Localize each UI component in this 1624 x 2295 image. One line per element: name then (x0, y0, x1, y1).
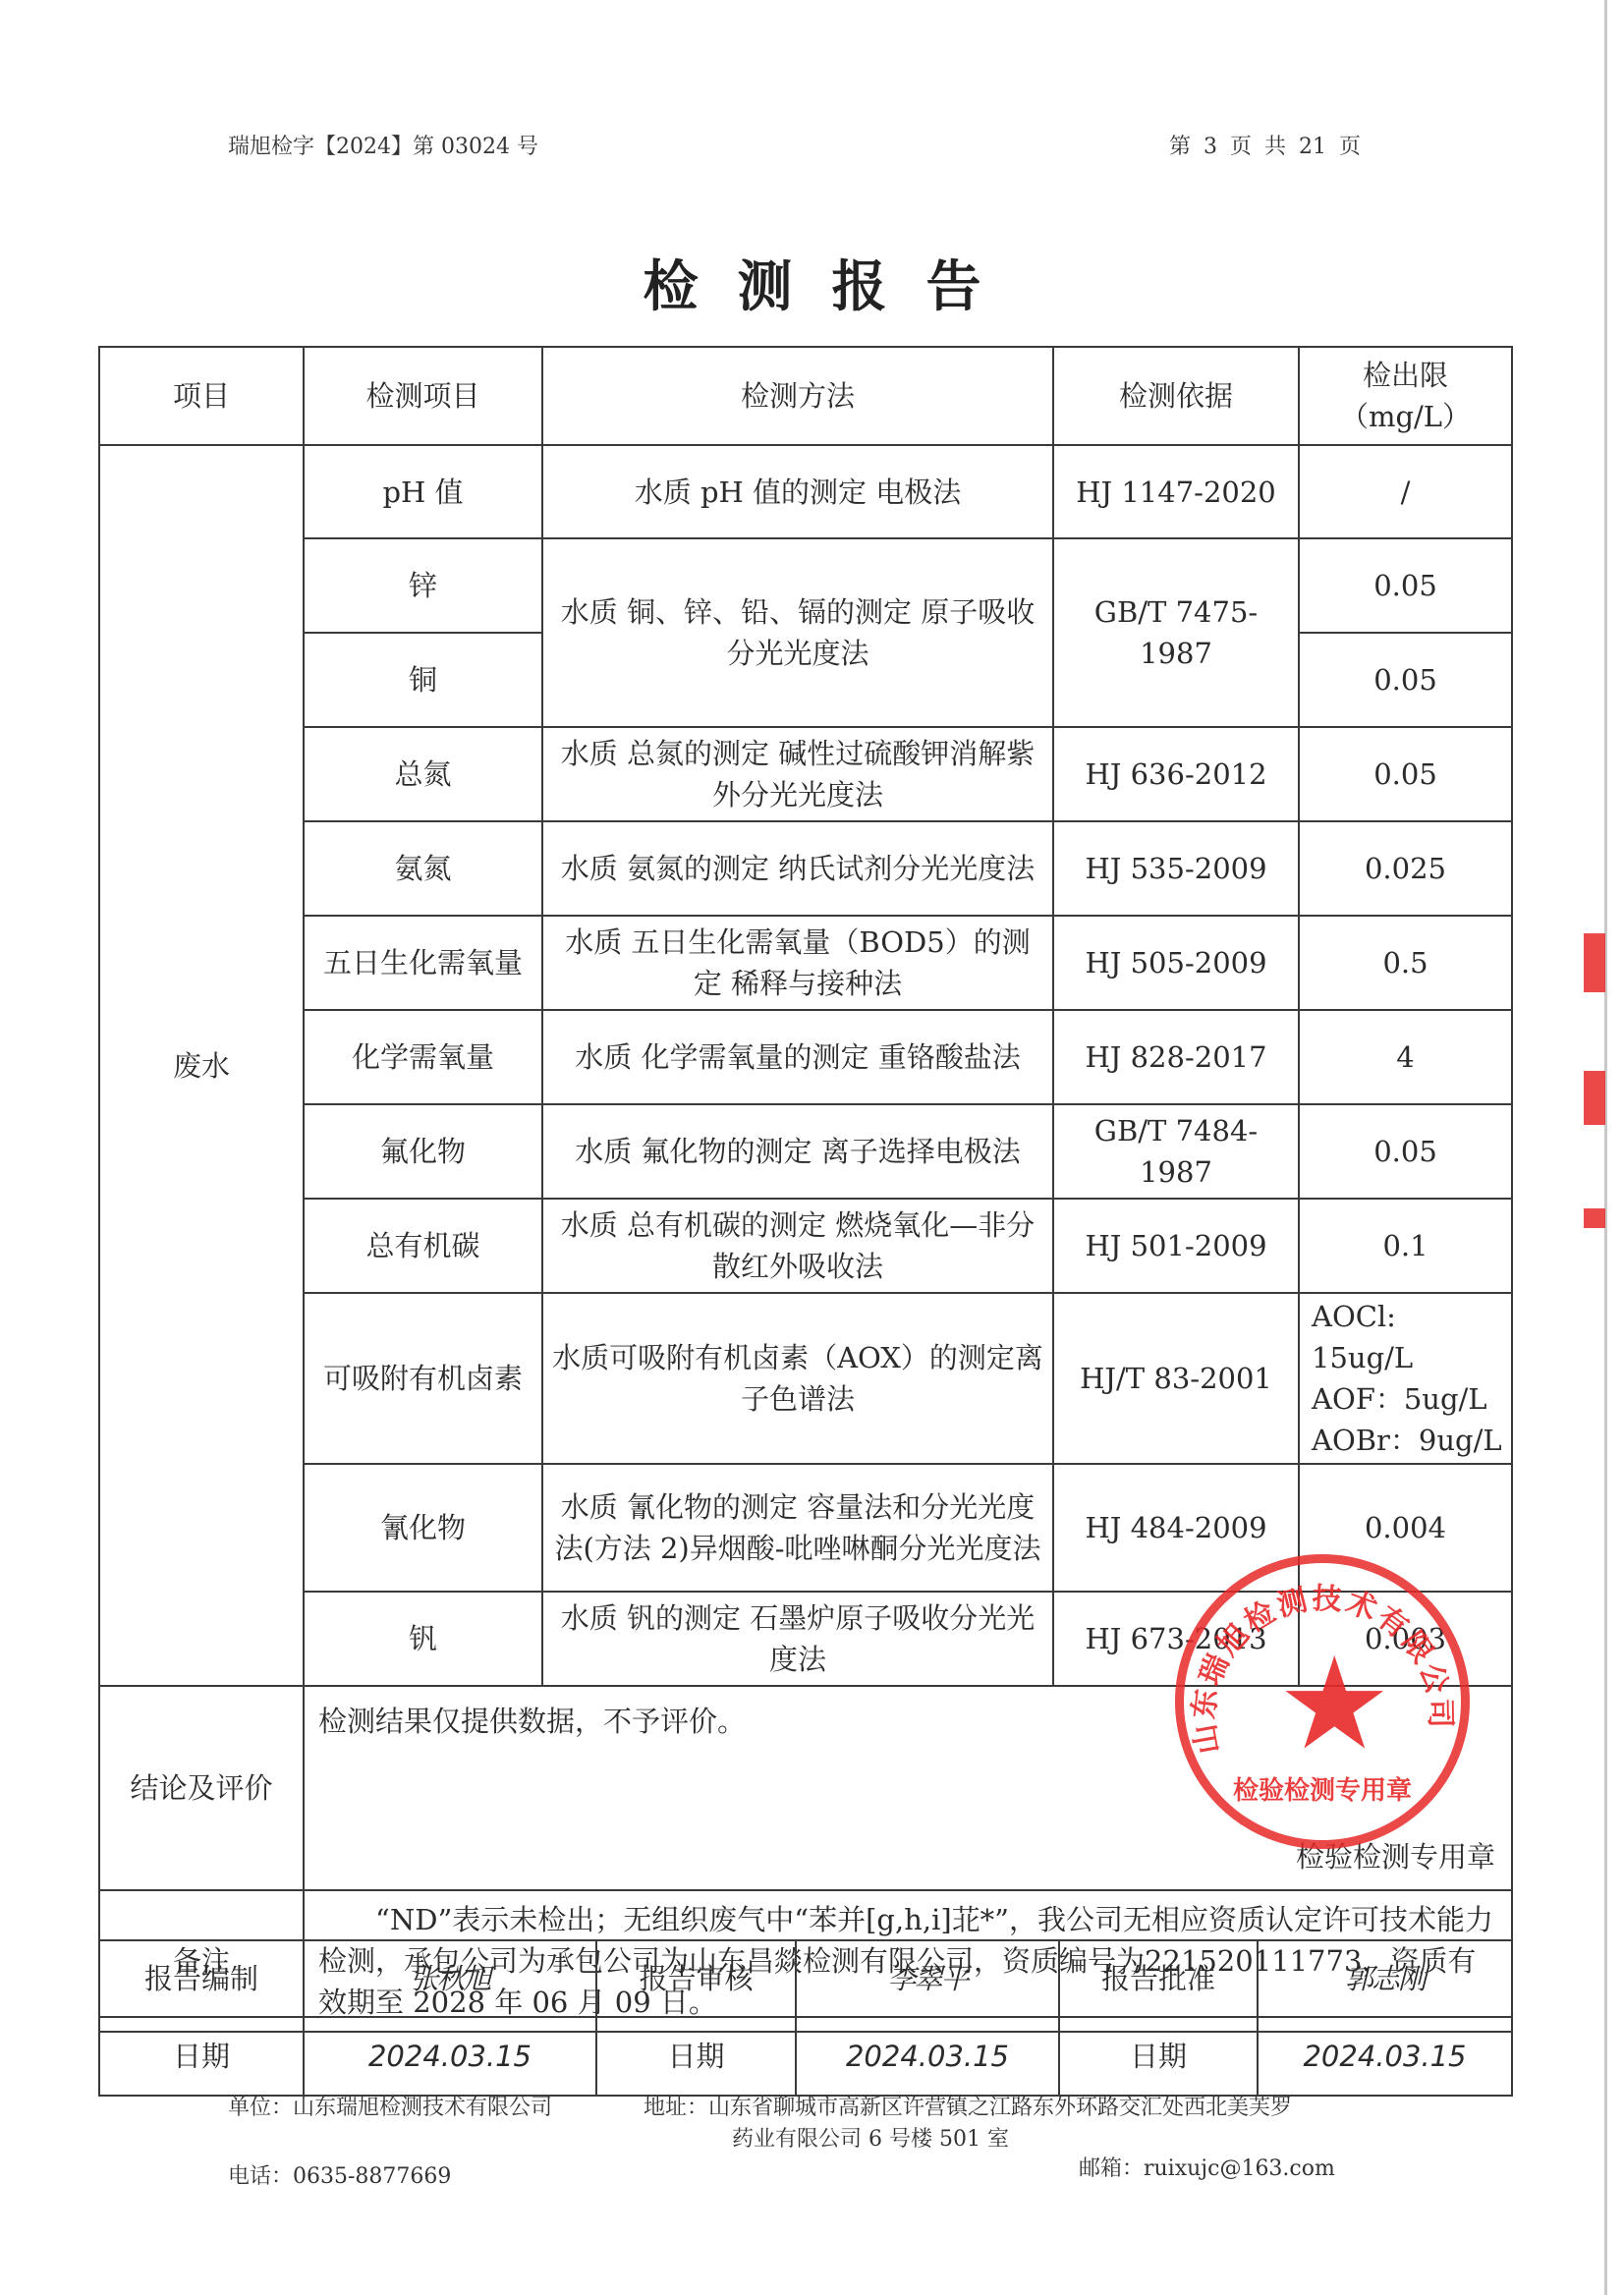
method-cell: 水质 总有机碳的测定 燃烧氧化—非分散红外吸收法 (542, 1199, 1053, 1293)
table-row: 氨氮 水质 氨氮的测定 纳氏试剂分光光度法 HJ 535-2009 0.025 (99, 821, 1512, 916)
method-cell: 水质 钒的测定 石墨炉原子吸收分光光度法 (542, 1592, 1053, 1686)
item-cell: pH 值 (304, 445, 542, 538)
item-cell: 氰化物 (304, 1464, 542, 1592)
approved-signature: 郭志刚 (1258, 1940, 1512, 2017)
limit-aocl: AOCl: 15ug/L (1312, 1296, 1503, 1378)
method-cell: 水质 氰化物的测定 容量法和分光光度法(方法 2)异烟酸-吡唑啉酮分光光度法 (542, 1464, 1053, 1592)
limit-cell: 4 (1299, 1010, 1512, 1104)
reviewed-signature: 李翠平 (796, 1940, 1059, 2017)
page-edge (1604, 0, 1607, 2295)
table-row: 氰化物 水质 氰化物的测定 容量法和分光光度法(方法 2)异烟酸-吡唑啉酮分光光… (99, 1464, 1512, 1592)
item-cell: 总有机碳 (304, 1199, 542, 1293)
item-cell: 钒 (304, 1592, 542, 1686)
method-cell: 水质 铜、锌、铅、镉的测定 原子吸收分光光度法 (542, 538, 1053, 727)
header-category: 项目 (99, 347, 304, 445)
edge-seal-fragment (1584, 933, 1605, 992)
standard-cell: HJ 484-2009 (1053, 1464, 1299, 1592)
footer-unit: 单位：山东瑞旭检测技术有限公司 (228, 2091, 552, 2121)
item-cell: 可吸附有机卤素 (304, 1293, 542, 1464)
limit-cell: 0.5 (1299, 916, 1512, 1010)
approved-date: 2024.03.15 (1258, 2017, 1512, 2096)
table-row: 锌 水质 铜、锌、铅、镉的测定 原子吸收分光光度法 GB/T 7475-1987… (99, 538, 1512, 633)
header-limit-line2: （mg/L） (1308, 396, 1503, 437)
reviewed-label: 报告审核 (596, 1940, 796, 2017)
footer-phone: 电话：0635-8877669 (228, 2159, 451, 2190)
standard-cell: HJ 1147-2020 (1053, 445, 1299, 538)
table-header-row: 项目 检测项目 检测方法 检测依据 检出限 （mg/L） (99, 347, 1512, 445)
item-cell: 氨氮 (304, 821, 542, 916)
table-row: 总氮 水质 总氮的测定 碱性过硫酸钾消解紫外分光光度法 HJ 636-2012 … (99, 727, 1512, 821)
table-row: 五日生化需氧量 水质 五日生化需氧量（BOD5）的测定 稀释与接种法 HJ 50… (99, 916, 1512, 1010)
approved-date-label: 日期 (1059, 2017, 1258, 2096)
standard-cell: GB/T 7484-1987 (1053, 1104, 1299, 1199)
limit-cell: 0.004 (1299, 1464, 1512, 1592)
reviewed-date: 2024.03.15 (796, 2017, 1059, 2096)
conclusion-cell: 检测结果仅提供数据，不予评价。 检验检测专用章 (304, 1686, 1512, 1890)
limit-cell: 0.025 (1299, 821, 1512, 916)
method-cell: 水质 化学需氧量的测定 重铬酸盐法 (542, 1010, 1053, 1104)
conclusion-label: 结论及评价 (99, 1686, 304, 1890)
limit-cell: 0.05 (1299, 538, 1512, 633)
table-row: 化学需氧量 水质 化学需氧量的测定 重铬酸盐法 HJ 828-2017 4 (99, 1010, 1512, 1104)
header-test-item: 检测项目 (304, 347, 542, 445)
limit-cell: 0.1 (1299, 1199, 1512, 1293)
page-info: 第 3 页 共 21 页 (1169, 130, 1361, 160)
limit-cell: 0.003 (1299, 1592, 1512, 1686)
item-cell: 化学需氧量 (304, 1010, 542, 1104)
standard-cell: HJ 828-2017 (1053, 1010, 1299, 1104)
header-limit: 检出限 （mg/L） (1299, 347, 1512, 445)
prepared-signature: 张秋旭 (304, 1940, 596, 2017)
edge-seal-fragment (1584, 1071, 1605, 1125)
approved-label: 报告批准 (1059, 1940, 1258, 2017)
header-method: 检测方法 (542, 347, 1053, 445)
report-table: 项目 检测项目 检测方法 检测依据 检出限 （mg/L） 废水 pH 值 水质 … (98, 346, 1513, 2033)
limit-aobr: AOBr：9ug/L (1312, 1420, 1503, 1461)
limit-cell: 0.05 (1299, 633, 1512, 727)
prepared-label: 报告编制 (99, 1940, 304, 2017)
report-title: 检测报告 (0, 244, 1624, 322)
standard-cell: HJ 535-2009 (1053, 821, 1299, 916)
standard-cell: GB/T 7475-1987 (1053, 538, 1299, 727)
header-standard: 检测依据 (1053, 347, 1299, 445)
standard-cell: HJ 505-2009 (1053, 916, 1299, 1010)
item-cell: 锌 (304, 538, 542, 633)
footer-address-line1: 地址：山东省聊城市高新区许营镇之江路东外环路交汇处西北美芙罗 (644, 2091, 1292, 2121)
standard-cell: HJ 636-2012 (1053, 727, 1299, 821)
table-row: 钒 水质 钒的测定 石墨炉原子吸收分光光度法 HJ 673-2013 0.003 (99, 1592, 1512, 1686)
limit-cell: 0.05 (1299, 727, 1512, 821)
table-row: 可吸附有机卤素 水质可吸附有机卤素（AOX）的测定离子色谱法 HJ/T 83-2… (99, 1293, 1512, 1464)
table-row: 氟化物 水质 氟化物的测定 离子选择电极法 GB/T 7484-1987 0.0… (99, 1104, 1512, 1199)
method-cell: 水质 pH 值的测定 电极法 (542, 445, 1053, 538)
seal-label: 检验检测专用章 (1296, 1836, 1495, 1877)
conclusion-text: 检测结果仅提供数据，不予评价。 (318, 1705, 746, 1738)
signature-table: 报告编制 张秋旭 报告审核 李翠平 报告批准 郭志刚 日期 2024.03.15… (98, 1939, 1513, 2097)
table-row: 总有机碳 水质 总有机碳的测定 燃烧氧化—非分散红外吸收法 HJ 501-200… (99, 1199, 1512, 1293)
item-cell: 铜 (304, 633, 542, 727)
signature-row: 报告编制 张秋旭 报告审核 李翠平 报告批准 郭志刚 (99, 1940, 1512, 2017)
method-cell: 水质 总氮的测定 碱性过硫酸钾消解紫外分光光度法 (542, 727, 1053, 821)
limit-cell: / (1299, 445, 1512, 538)
category-cell: 废水 (99, 445, 304, 1686)
report-number: 瑞旭检字【2024】第 03024 号 (228, 130, 538, 160)
header-limit-line1: 检出限 (1308, 355, 1503, 396)
table-row: 废水 pH 值 水质 pH 值的测定 电极法 HJ 1147-2020 / (99, 445, 1512, 538)
prepared-date: 2024.03.15 (304, 2017, 596, 2096)
method-cell: 水质 氟化物的测定 离子选择电极法 (542, 1104, 1053, 1199)
method-cell: 水质 五日生化需氧量（BOD5）的测定 稀释与接种法 (542, 916, 1053, 1010)
standard-cell: HJ/T 83-2001 (1053, 1293, 1299, 1464)
method-cell: 水质 氨氮的测定 纳氏试剂分光光度法 (542, 821, 1053, 916)
conclusion-row: 结论及评价 检测结果仅提供数据，不予评价。 检验检测专用章 (99, 1686, 1512, 1890)
limit-cell: 0.05 (1299, 1104, 1512, 1199)
limit-aof: AOF：5ug/L (1312, 1378, 1503, 1420)
edge-seal-fragment (1584, 1208, 1605, 1228)
reviewed-date-label: 日期 (596, 2017, 796, 2096)
item-cell: 总氮 (304, 727, 542, 821)
item-cell: 氟化物 (304, 1104, 542, 1199)
method-cell: 水质可吸附有机卤素（AOX）的测定离子色谱法 (542, 1293, 1053, 1464)
standard-cell: HJ 673-2013 (1053, 1592, 1299, 1686)
footer-email: 邮箱：ruixujc@163.com (1079, 2152, 1335, 2182)
footer-address-line2: 药业有限公司 6 号楼 501 室 (732, 2122, 1009, 2153)
prepared-date-label: 日期 (99, 2017, 304, 2096)
standard-cell: HJ 501-2009 (1053, 1199, 1299, 1293)
date-row: 日期 2024.03.15 日期 2024.03.15 日期 2024.03.1… (99, 2017, 1512, 2096)
limit-cell: AOCl: 15ug/L AOF：5ug/L AOBr：9ug/L (1299, 1293, 1512, 1464)
item-cell: 五日生化需氧量 (304, 916, 542, 1010)
